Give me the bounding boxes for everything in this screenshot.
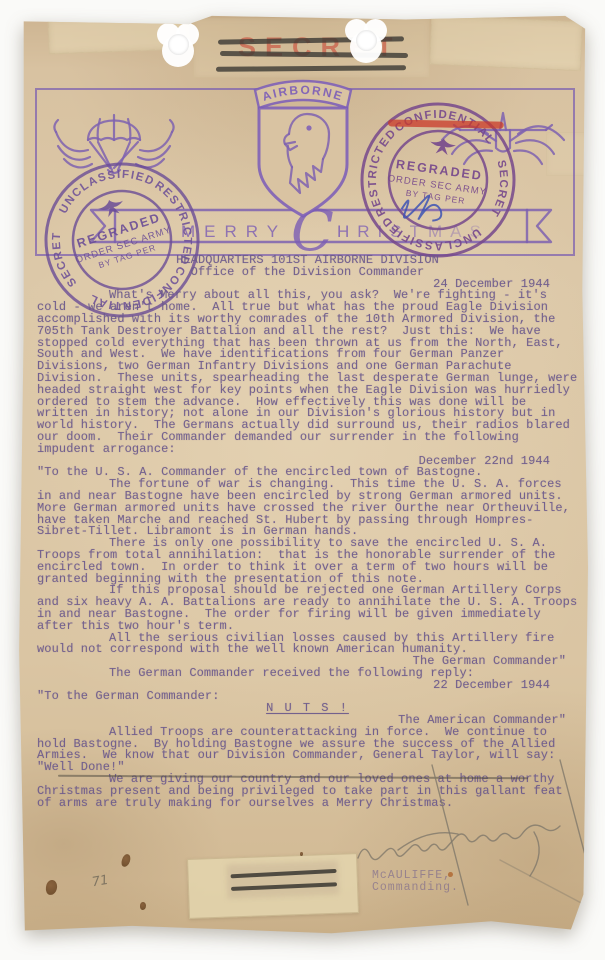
paragraph-2: The fortune of war is changing. This tim…	[37, 479, 578, 538]
paragraph-4: If this proposal should be rejected one …	[37, 585, 578, 632]
typed-signature-block: McAULIFFE, Commanding.	[372, 870, 459, 894]
tape-top-right	[429, 15, 583, 72]
obliterated-text-smudge	[226, 861, 339, 899]
commander-title: Commanding.	[372, 882, 459, 894]
ink-blot	[120, 853, 132, 868]
hole-punch-left	[156, 23, 200, 69]
regrade-stamp-right: CONFIDENTIAL SECRET UNCLASSIFIED RESTRIC…	[336, 78, 539, 281]
eagle-crest-icon	[429, 137, 457, 156]
eagle-crest-icon	[97, 196, 127, 219]
ink-blot	[45, 879, 58, 895]
letter-page: SECRET	[18, 14, 588, 936]
tape-patch-bottom	[187, 853, 359, 919]
scanned-document: SECRET	[0, 0, 605, 960]
hole-punch-right	[344, 19, 388, 65]
pencil-page-number: 71	[91, 873, 110, 891]
paper-shadow: SECRET	[18, 14, 588, 936]
paragraph-5: All the serious civilian losses caused b…	[37, 633, 578, 657]
ink-blot	[140, 902, 146, 910]
paragraph-1: What's Merry about all this, you ask? We…	[37, 290, 578, 455]
paragraph-3: There is only one possibility to save th…	[37, 538, 578, 585]
letter-text: HEADQUARTERS 101ST AIRBORNE DIVISION Off…	[37, 255, 578, 809]
mcauliffe-signature	[338, 754, 594, 926]
